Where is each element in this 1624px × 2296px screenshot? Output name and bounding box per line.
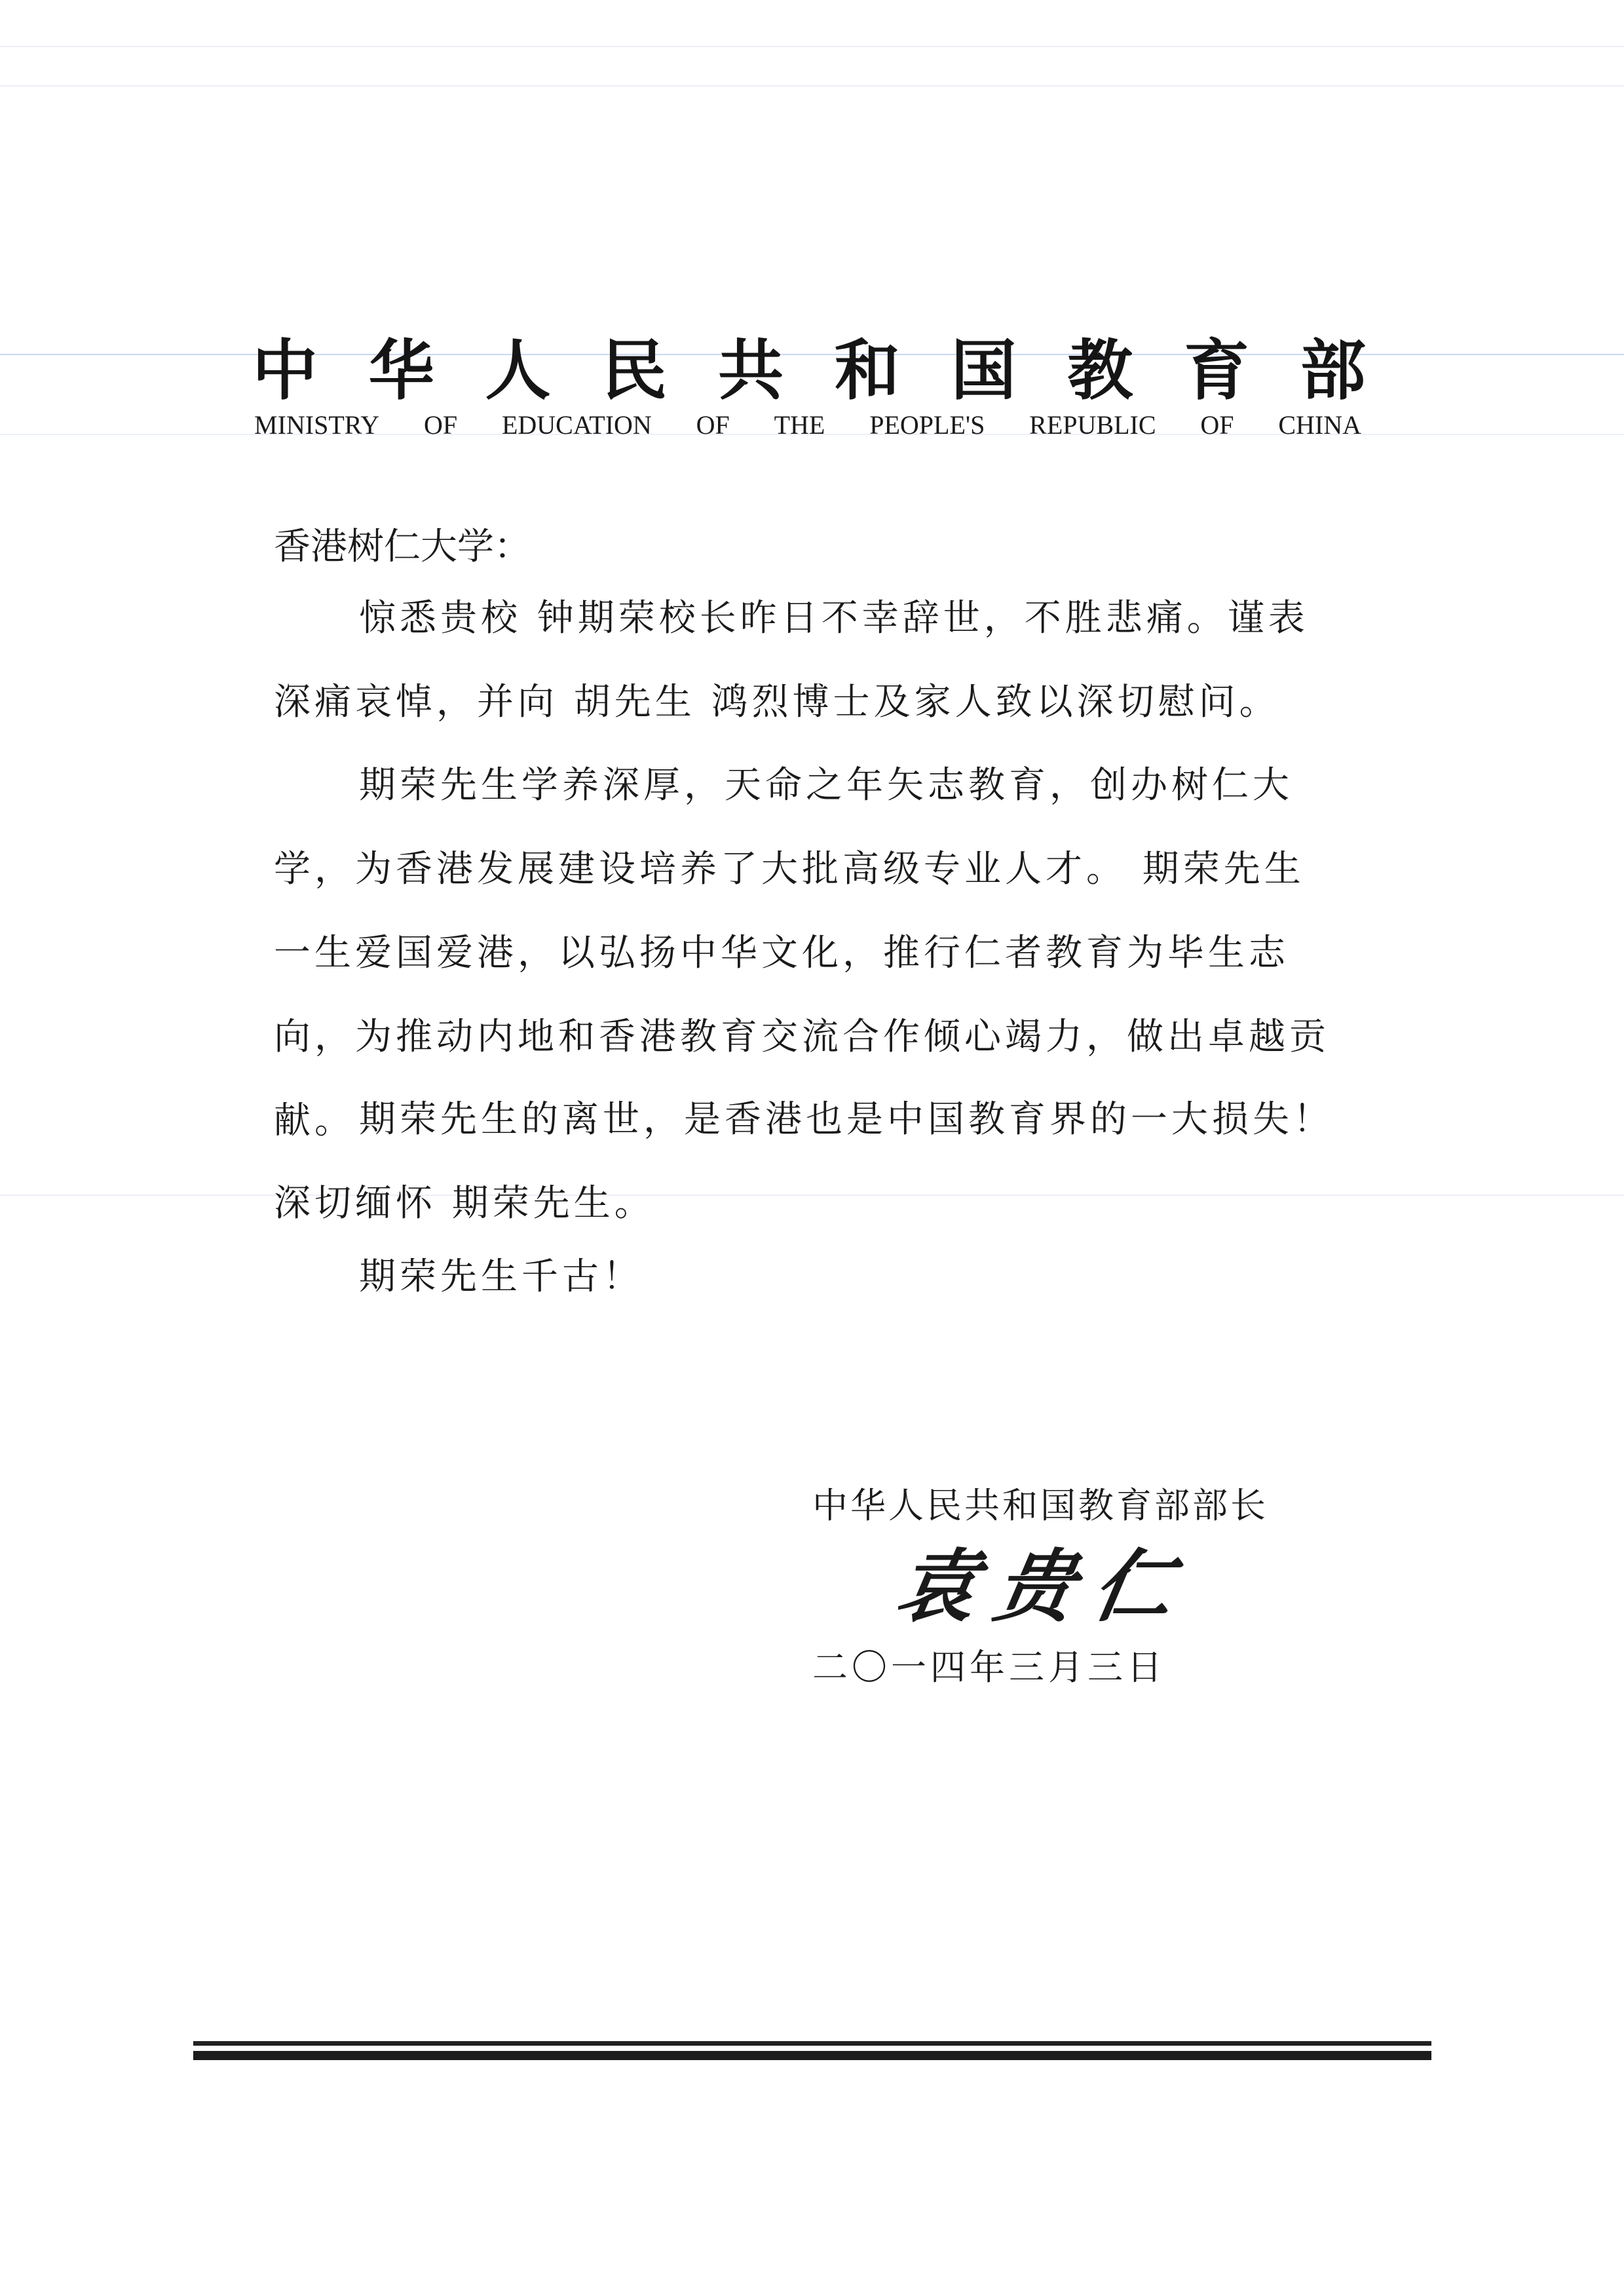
letterhead-char: 教 [1067,318,1133,412]
letterhead-char: 中 [252,318,318,412]
letterhead-word: OF [1200,410,1234,440]
letterhead-char: 育 [1184,318,1249,412]
signer-title: 中华人民共和国教育部部长 [812,1478,1268,1528]
letterhead-char: 人 [485,318,551,412]
paragraph-condolence: 惊悉贵校 钟期荣校长昨日不幸辞世，不胜悲痛。谨表深痛哀悼，并向 胡先生 鸿烈博士… [274,577,1342,744]
letterhead-word: OF [696,410,730,440]
letterhead-char: 共 [718,318,784,412]
letterhead-english: MINISTRY OF EDUCATION OF THE PEOPLE'S RE… [254,410,1361,440]
paragraph-loss: 期荣先生的离世，是香港也是中国教育界的一大损失！深切缅怀 期荣先生。 [274,1078,1342,1246]
letterhead-char: 部 [1300,318,1366,412]
letterhead-word: CHINA [1278,410,1361,440]
footer-rule-thin [193,2041,1431,2046]
letterhead-char: 民 [601,318,667,412]
salutation: 香港树仁大学： [274,518,531,570]
letterhead-word: MINISTRY [254,410,379,440]
letterhead-word: THE [774,410,825,440]
letterhead-char: 华 [369,318,434,412]
signature-block: 中华人民共和国教育部部长 袁贵仁 二〇一四年三月三日 [812,1478,1268,1690]
handwritten-signature: 袁贵仁 [890,1541,1277,1633]
letterhead-word: OF [424,410,457,440]
footer-rule-thick [193,2051,1431,2060]
letterhead-word: EDUCATION [502,410,652,440]
letterhead-chinese: 中 华 人 民 共 和 国 教 育 部 [252,318,1366,412]
scan-artifact-line [0,46,1624,47]
letter-date: 二〇一四年三月三日 [812,1639,1268,1690]
letterhead-word: PEOPLE'S [869,410,985,440]
paragraph-farewell: 期荣先生千古！ [274,1235,1342,1319]
letterhead-word: REPUBLIC [1029,410,1156,440]
scan-artifact-line [0,85,1624,86]
letterhead-char: 和 [835,318,900,412]
letterhead-char: 国 [951,318,1017,412]
